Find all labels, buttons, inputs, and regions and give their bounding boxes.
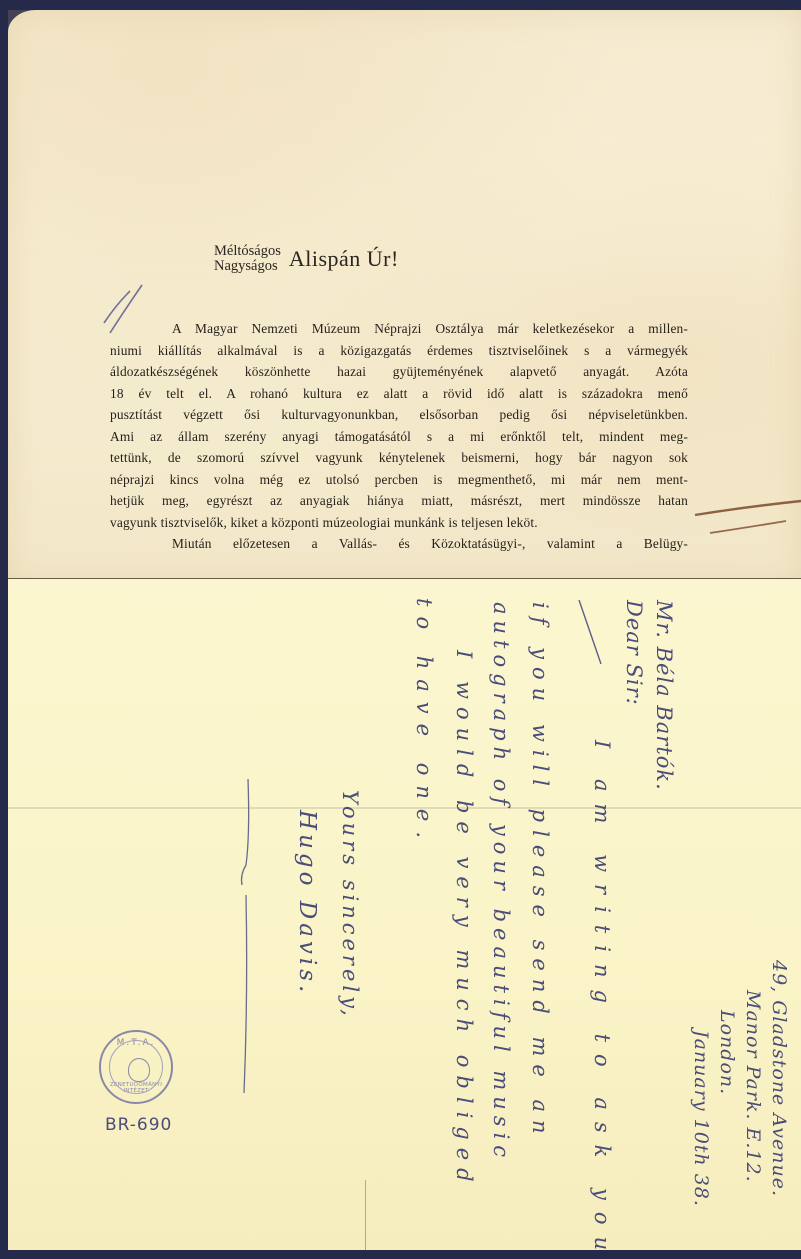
rust-stain-marks bbox=[690, 495, 801, 545]
hw-body-line-2: if you will please send me an bbox=[528, 602, 552, 1142]
hw-address-line-1: 49, Gladstone Avenue. bbox=[768, 960, 790, 1197]
text-line: tettünk, de szomorú szívvel vagyunk kény… bbox=[110, 447, 688, 469]
honorific-1: Méltóságos bbox=[214, 244, 281, 259]
hw-body-line-4: I would be very much obliged bbox=[452, 650, 476, 1190]
hw-indent-stroke bbox=[575, 598, 605, 668]
paragraph-2-partial: Miután előzetesen a Vallás- és Közoktatá… bbox=[110, 533, 688, 554]
text-line: A Magyar Nemzeti Múzeum Néprajzi Osztály… bbox=[110, 318, 688, 340]
hw-body-line-5: to have one. bbox=[412, 598, 436, 848]
hw-address-line-4: January 10th 38. bbox=[690, 1030, 712, 1207]
text-line: néprajzi kincs volna még ez utolsó percb… bbox=[110, 469, 688, 491]
printed-letter-body: A Magyar Nemzeti Múzeum Néprajzi Osztály… bbox=[110, 318, 688, 554]
text-line: pusztítást végzett ősi kulturvagyonunkba… bbox=[110, 404, 688, 426]
hw-closing: Yours sincerely, bbox=[338, 790, 362, 1020]
hw-address-line-2: Manor Park. E.12. bbox=[742, 990, 764, 1183]
margin-pencil-line bbox=[236, 775, 256, 1105]
hw-signature: Hugo Davis. bbox=[294, 810, 320, 996]
text-line: Ami az állam szerény anyagi támogatásátó… bbox=[110, 426, 688, 448]
text-line: 18 év telt el. A rohanó kultura ez alatt… bbox=[110, 383, 688, 405]
text-line: niumi kiállítás alkalmával is a közigazg… bbox=[110, 340, 688, 362]
hw-recipient: Mr. Béla Bartók. bbox=[652, 600, 676, 791]
salutation-title: Alispán Úr! bbox=[289, 246, 399, 272]
paper-tear bbox=[365, 1180, 366, 1250]
stamp-ring-text: ZENETUDOMÁNYI INTÉZET bbox=[101, 1082, 171, 1094]
stamp-top-text: M.T.A. bbox=[101, 1038, 171, 1048]
hw-body-line-3: autograph of your beautiful music bbox=[489, 602, 513, 1163]
fold-crease bbox=[8, 807, 801, 809]
text-line: hetjük meg, egyrészt az anyagiak hiánya … bbox=[110, 490, 688, 512]
hw-address-line-3: London. bbox=[716, 1010, 738, 1095]
paragraph-1: A Magyar Nemzeti Múzeum Néprajzi Osztály… bbox=[110, 318, 688, 533]
honorific-2: Nagyságos bbox=[214, 259, 281, 274]
hw-greeting: Dear Sir: bbox=[622, 600, 646, 706]
catalog-number: BR-690 bbox=[105, 1115, 172, 1135]
handwritten-letter-sheet bbox=[8, 578, 801, 1250]
honorific-stack: Méltóságos Nagyságos bbox=[214, 244, 281, 274]
text-line: áldozatkészségének köszönhette hazai gyü… bbox=[110, 361, 688, 383]
hw-body-line-1: I am writing to ask you bbox=[590, 740, 614, 1259]
coat-of-arms-icon bbox=[128, 1058, 150, 1082]
salutation: Méltóságos Nagyságos Alispán Úr! bbox=[214, 244, 399, 274]
text-line: vagyunk tisztviselők, kiket a központi m… bbox=[110, 512, 688, 534]
archive-stamp: M.T.A. ZENETUDOMÁNYI INTÉZET bbox=[99, 1030, 173, 1104]
